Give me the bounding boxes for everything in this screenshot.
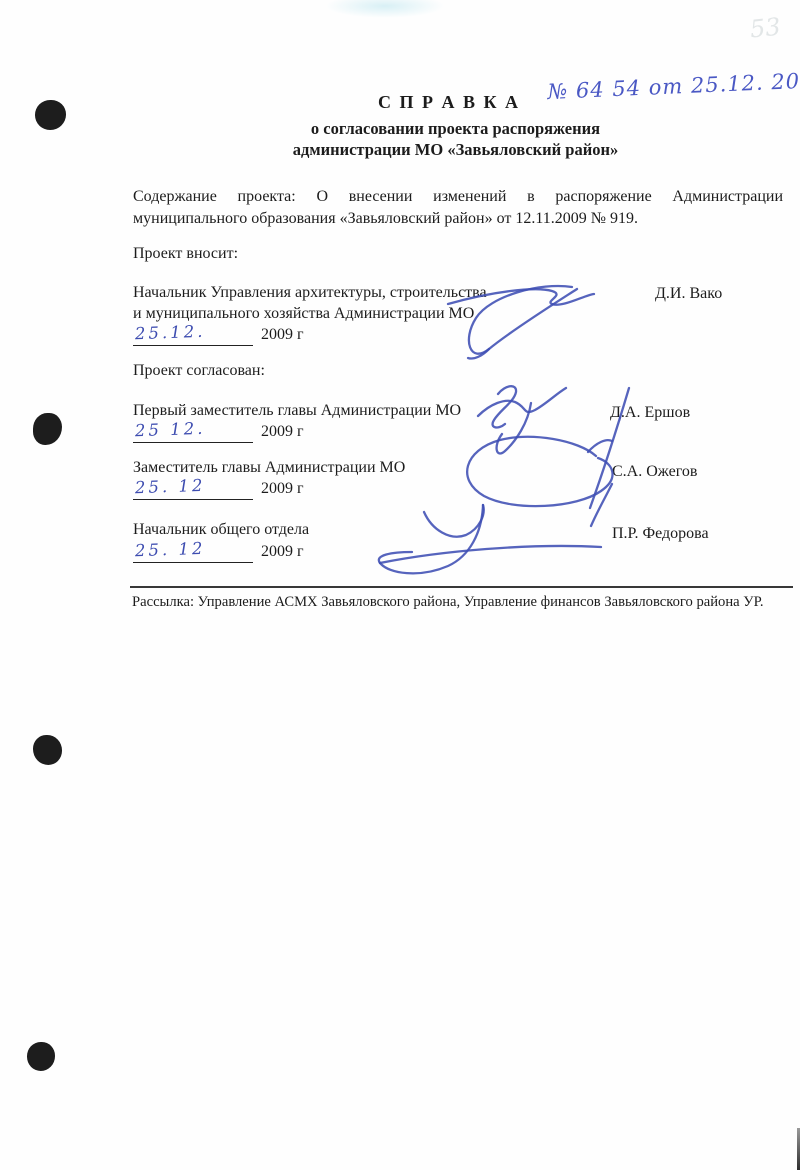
signer1-position-line2: и муниципального хозяйства Администрации… (133, 305, 474, 323)
scan-smudge (325, 0, 445, 18)
label-project-agreed: Проект согласован: (133, 362, 265, 380)
content-line1: Содержание проекта: О внесении изменений… (133, 186, 783, 208)
punch-hole (33, 413, 62, 445)
signature-ershov-icon (478, 386, 566, 453)
signer1-name: Д.И. Вако (655, 285, 722, 303)
signer1-date-handwritten: 25.12. (135, 322, 206, 343)
page-number-handwritten: 53 (749, 12, 782, 43)
label-project-submits: Проект вносит: (133, 245, 238, 263)
doc-subtitle-line2: администрации МО «Завьяловский район» (123, 140, 788, 160)
signer3-date-row: 25. 122009 г (133, 478, 304, 500)
punch-hole (27, 1042, 55, 1071)
signer1-year: 2009 г (261, 326, 304, 343)
signer4-date-handwritten: 25. 12 (135, 539, 206, 560)
signer2-position-line1: Первый заместитель главы Администрации М… (133, 402, 461, 420)
signer4-date-row: 25. 122009 г (133, 541, 304, 563)
date-underline: 25. 12 (133, 541, 253, 563)
signatures-overlay (0, 0, 800, 1170)
doc-number-handwritten: № 64 54 от 25.12. 2009 (547, 68, 800, 104)
signer4-name: П.Р. Федорова (612, 525, 709, 543)
date-underline: 25. 12 (133, 478, 253, 500)
signature-ozhegov-icon (467, 388, 629, 508)
signer1-position-line1: Начальник Управления архитектуры, строит… (133, 284, 487, 302)
punch-hole (35, 100, 66, 130)
signer4-year: 2009 г (261, 543, 304, 560)
distribution-note: Рассылка: Управление АСМХ Завьяловского … (132, 594, 796, 611)
signer2-year: 2009 г (261, 423, 304, 440)
doc-title: С П Р А В К А (378, 92, 520, 113)
signer1-date-row: 25.12.2009 г (133, 324, 304, 346)
content-paragraph: Содержание проекта: О внесении изменений… (133, 186, 783, 229)
signer2-date-handwritten: 25 12. (135, 419, 206, 440)
signer3-year: 2009 г (261, 480, 304, 497)
signer3-position-line1: Заместитель главы Администрации МО (133, 459, 405, 477)
content-line2: муниципального образования «Завьяловский… (133, 208, 783, 230)
signer2-name: Д.А. Ершов (610, 404, 690, 422)
doc-subtitle-line1: о согласовании проекта распоряжения (123, 119, 788, 139)
punch-hole (33, 735, 62, 765)
divider-line (130, 586, 793, 588)
scanned-document-page: 53 С П Р А В К А № 64 54 от 25.12. 2009 … (0, 0, 800, 1170)
signer4-position-line1: Начальник общего отдела (133, 521, 309, 539)
signer3-date-handwritten: 25. 12 (135, 476, 206, 497)
date-underline: 25 12. (133, 421, 253, 443)
signer3-name: С.А. Ожегов (612, 463, 697, 481)
date-underline: 25.12. (133, 324, 253, 346)
signature-fedorova-icon (379, 484, 612, 573)
signer2-date-row: 25 12.2009 г (133, 421, 304, 443)
